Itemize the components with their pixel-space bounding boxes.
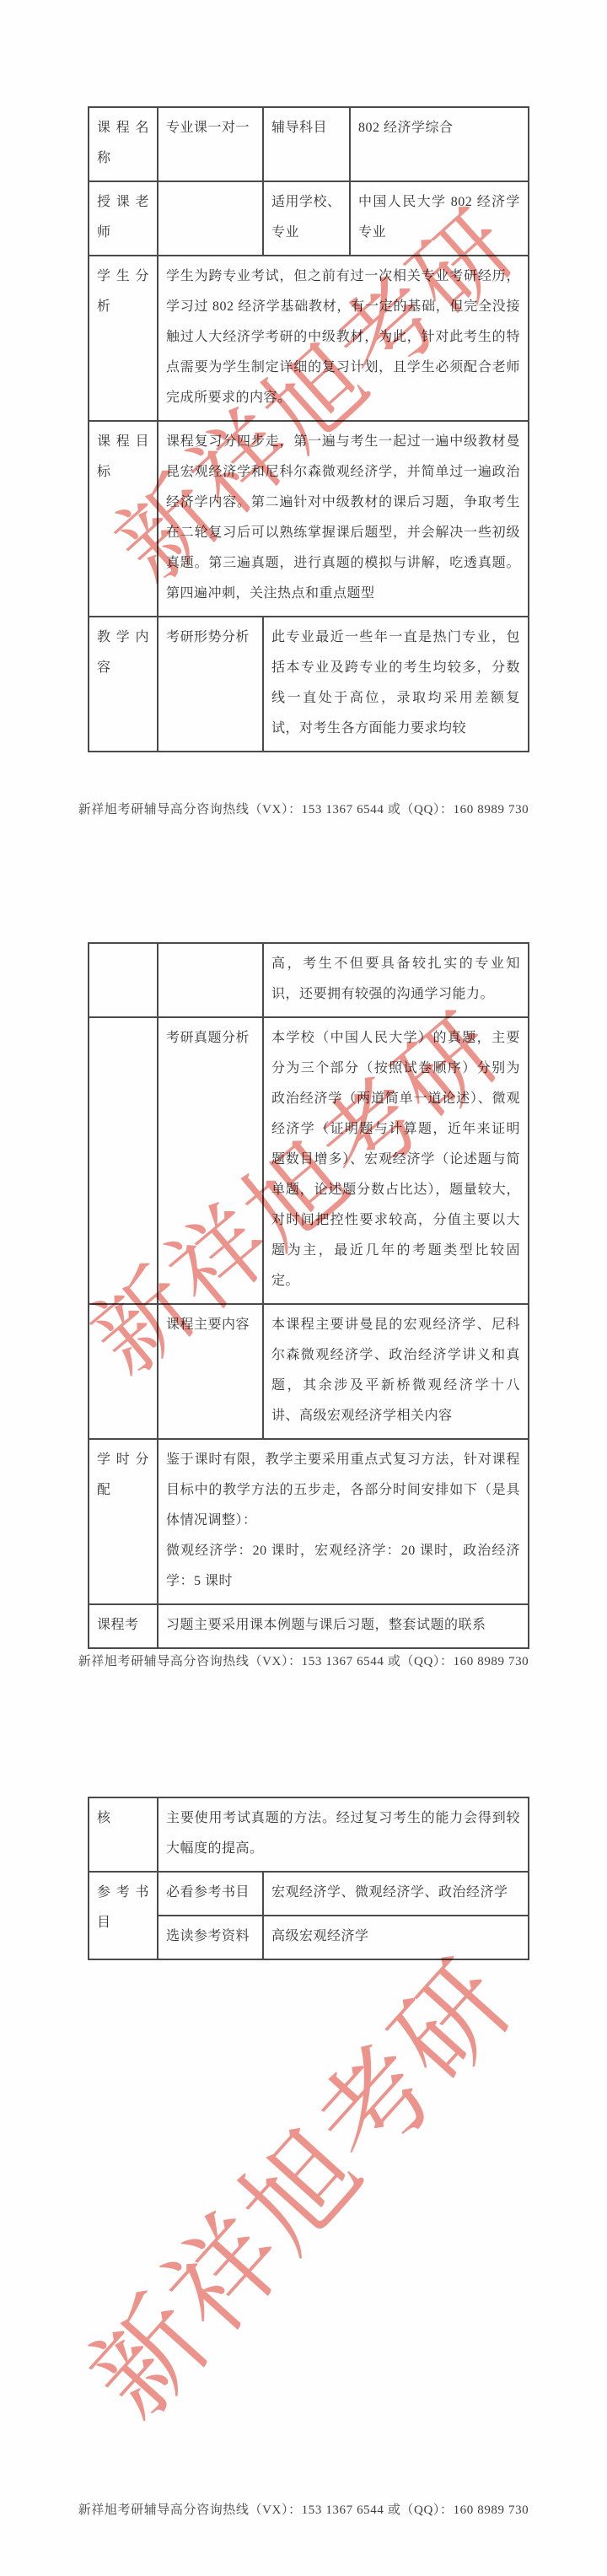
subject-label: 辅导科目 bbox=[263, 107, 350, 181]
hours-allocation-paragraph-2: 微观经济学：20 课时，宏观经济学：20 课时，政治经济学：5 课时 bbox=[166, 1536, 520, 1597]
empty-cell bbox=[89, 1304, 158, 1439]
teacher-value bbox=[158, 181, 263, 256]
table-row: 课程名称 专业课一对一 辅导科目 802 经济学综合 bbox=[89, 107, 529, 181]
course-name-value: 专业课一对一 bbox=[158, 107, 263, 181]
course-assessment-label-continued: 核 bbox=[89, 1797, 158, 1872]
table-row: 授课老师 适用学校、专业 中国人民大学 802 经济学专业 bbox=[89, 181, 529, 256]
table-row: 课程目标 课程复习分四步走，第一遍与考生一起过一遍中级教材曼昆宏观经济学和尼科尔… bbox=[89, 421, 529, 617]
subject-value: 802 经济学综合 bbox=[350, 107, 529, 181]
situation-analysis-text: 此专业最近一些年一直是热门专业，包括本专业及跨专业的考生均较多，分数线一直处于高… bbox=[263, 617, 529, 752]
course-assessment-text-continued: 主要使用考试真题的方法。经过复习考生的能力会得到较大幅度的提高。 bbox=[158, 1797, 529, 1872]
course-plan-table-page3: 核 主要使用考试真题的方法。经过复习考生的能力会得到较大幅度的提高。 参考书目 … bbox=[88, 1797, 529, 1960]
course-goal-text: 课程复习分四步走，第一遍与考生一起过一遍中级教材曼昆宏观经济学和尼科尔森微观经济… bbox=[158, 421, 529, 617]
teacher-label: 授课老师 bbox=[89, 181, 158, 256]
teaching-content-label: 教学内容 bbox=[89, 617, 158, 752]
school-label: 适用学校、专业 bbox=[263, 181, 350, 256]
exam-analysis-label: 考研真题分析 bbox=[158, 1017, 263, 1304]
exam-analysis-text: 本学校（中国人民大学）的真题，主要分为三个部分（按照试卷顺序）分别为政治经济学（… bbox=[263, 1017, 529, 1304]
optional-read-value: 高级宏观经济学 bbox=[263, 1916, 529, 1959]
footer-hotline: 新祥旭考研辅导高分咨询热线（VX）：153 1367 6544 或（QQ）：16… bbox=[0, 800, 607, 817]
table-row: 学生分析 学生为跨专业考试，但之前有过一次相关专业考研经历，学习过 802 经济… bbox=[89, 256, 529, 421]
table-row: 课程考 习题主要采用课本例题与课后习题，整套试题的联系 bbox=[89, 1604, 529, 1648]
footer-hotline: 新祥旭考研辅导高分咨询热线（VX）：153 1367 6544 或（QQ）：16… bbox=[0, 1652, 607, 1669]
course-assessment-text: 习题主要采用课本例题与课后习题，整套试题的联系 bbox=[158, 1604, 529, 1648]
hours-allocation-text: 鉴于课时有限，教学主要采用重点式复习方法，针对课程目标中的教学方法的五步走，各部… bbox=[158, 1439, 529, 1604]
course-name-label: 课程名称 bbox=[89, 107, 158, 181]
table-row: 课程主要内容 本课程主要讲曼昆的宏观经济学、尼科尔森微观经济学、政治经济学讲义和… bbox=[89, 1304, 529, 1439]
course-goal-label: 课程目标 bbox=[89, 421, 158, 617]
table-row: 参考书目 必看参考书目 宏观经济学、微观经济学、政治经济学 bbox=[89, 1872, 529, 1916]
table-row: 考研真题分析 本学校（中国人民大学）的真题，主要分为三个部分（按照试卷顺序）分别… bbox=[89, 1017, 529, 1304]
optional-read-label: 选读参考资料 bbox=[158, 1916, 263, 1959]
empty-cell bbox=[89, 943, 158, 1017]
must-read-label: 必看参考书目 bbox=[158, 1872, 263, 1916]
student-analysis-text: 学生为跨专业考试，但之前有过一次相关专业考研经历，学习过 802 经济学基础教材… bbox=[158, 256, 529, 421]
must-read-value: 宏观经济学、微观经济学、政治经济学 bbox=[263, 1872, 529, 1916]
table-row: 学时分配 鉴于课时有限，教学主要采用重点式复习方法，针对课程目标中的教学方法的五… bbox=[89, 1439, 529, 1604]
course-assessment-label: 课程考 bbox=[89, 1604, 158, 1648]
main-content-label: 课程主要内容 bbox=[158, 1304, 263, 1439]
table-row: 教学内容 考研形势分析 此专业最近一些年一直是热门专业，包括本专业及跨专业的考生… bbox=[89, 617, 529, 752]
course-plan-table-page1: 课程名称 专业课一对一 辅导科目 802 经济学综合 授课老师 适用学校、专业 … bbox=[88, 106, 529, 752]
footer-hotline: 新祥旭考研辅导高分咨询热线（VX）：153 1367 6544 或（QQ）：16… bbox=[0, 2500, 607, 2518]
table-row: 高，考生不但要具备较扎实的专业知识，还要拥有较强的沟通学习能力。 bbox=[89, 943, 529, 1017]
hours-allocation-label: 学时分配 bbox=[89, 1439, 158, 1604]
situation-analysis-label: 考研形势分析 bbox=[158, 617, 263, 752]
hours-allocation-paragraph-1: 鉴于课时有限，教学主要采用重点式复习方法，针对课程目标中的教学方法的五步走，各部… bbox=[166, 1445, 520, 1536]
empty-cell bbox=[89, 1017, 158, 1304]
situation-analysis-text-continued: 高，考生不但要具备较扎实的专业知识，还要拥有较强的沟通学习能力。 bbox=[263, 943, 529, 1017]
main-content-text: 本课程主要讲曼昆的宏观经济学、尼科尔森微观经济学、政治经济学讲义和真题，其余涉及… bbox=[263, 1304, 529, 1439]
school-value: 中国人民大学 802 经济学专业 bbox=[350, 181, 529, 256]
brand-watermark: 新祥旭考研 bbox=[48, 1921, 543, 2446]
reference-books-label: 参考书目 bbox=[89, 1872, 158, 1959]
empty-cell bbox=[158, 943, 263, 1017]
course-plan-table-page2: 高，考生不但要具备较扎实的专业知识，还要拥有较强的沟通学习能力。 考研真题分析 … bbox=[88, 942, 529, 1649]
document-page: 课程名称 专业课一对一 辅导科目 802 经济学综合 授课老师 适用学校、专业 … bbox=[0, 0, 607, 2576]
table-row: 核 主要使用考试真题的方法。经过复习考生的能力会得到较大幅度的提高。 bbox=[89, 1797, 529, 1872]
student-analysis-label: 学生分析 bbox=[89, 256, 158, 421]
